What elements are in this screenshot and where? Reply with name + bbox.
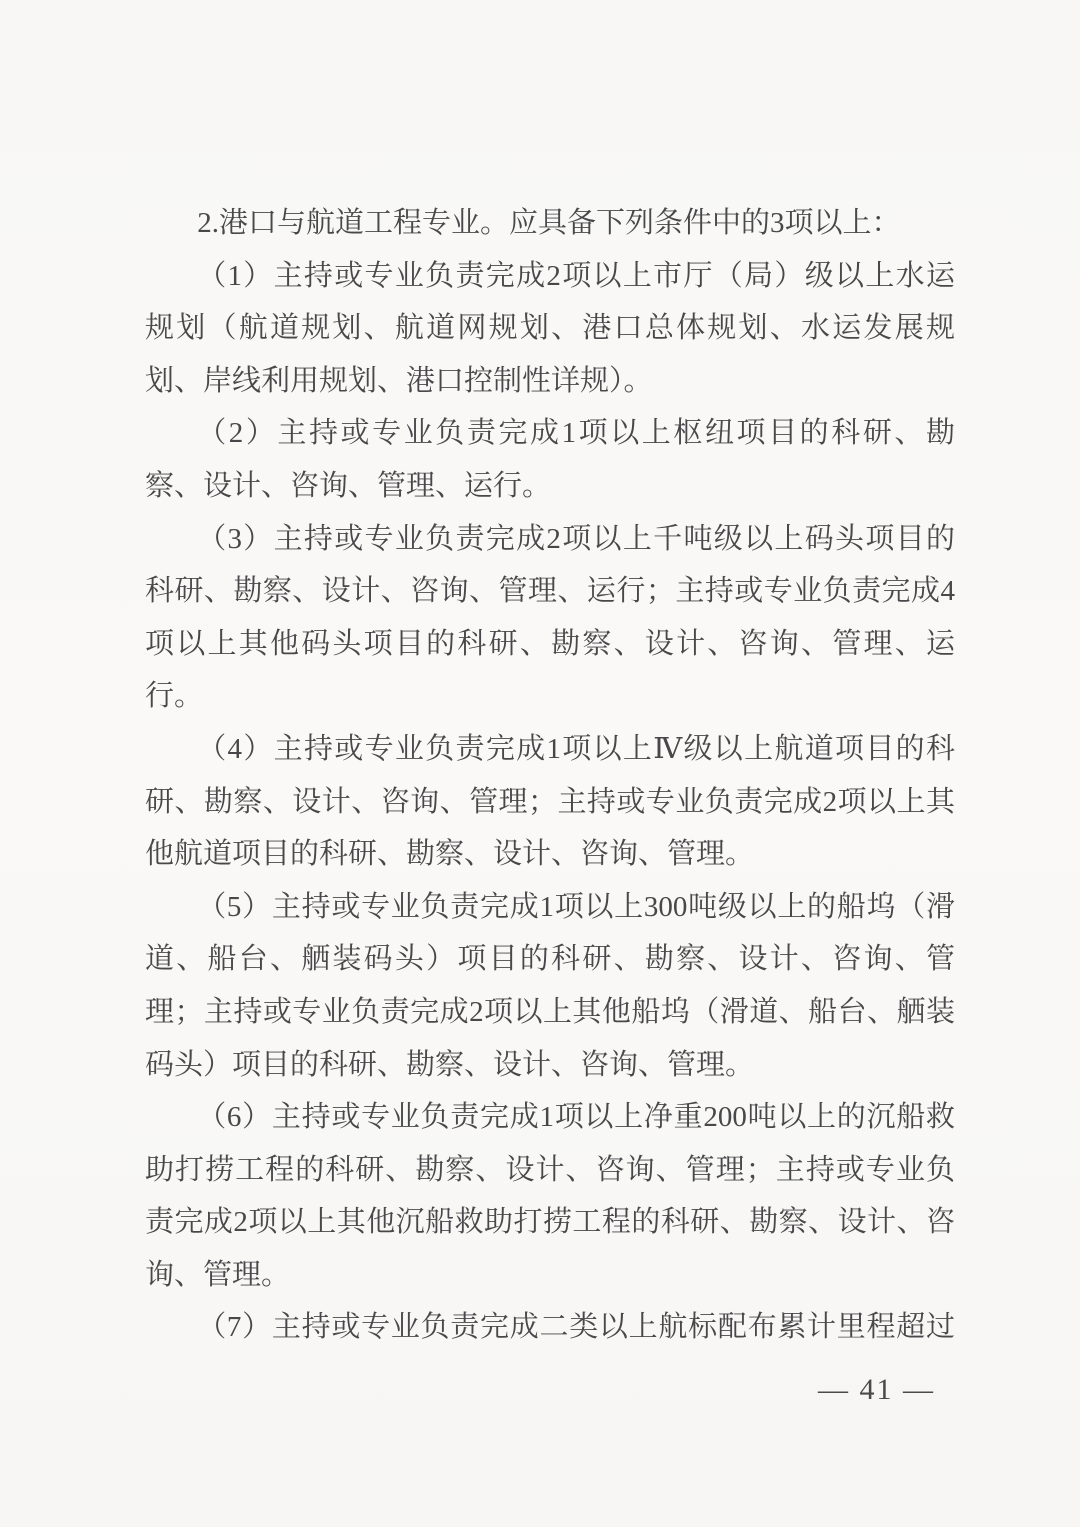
text-line: （2）主持或专业负责完成1项以上枢纽项目的科研、勘	[145, 407, 955, 460]
text-line: 理；主持或专业负责完成2项以上其他船坞（滑道、船台、舾装	[145, 986, 955, 1039]
document-text-block: 2.港口与航道工程专业。应具备下列条件中的3项以上： （1）主持或专业负责完成2…	[145, 197, 955, 1354]
text-line: （6）主持或专业负责完成1项以上净重200吨以上的沉船救	[145, 1091, 955, 1144]
text-line: 他航道项目的科研、勘察、设计、咨询、管理。	[145, 828, 955, 881]
text-line: 询、管理。	[145, 1249, 955, 1302]
text-line: 助打捞工程的科研、勘察、设计、咨询、管理；主持或专业负	[145, 1144, 955, 1197]
text-line: 研、勘察、设计、咨询、管理；主持或专业负责完成2项以上其	[145, 776, 955, 829]
document-page: 2.港口与航道工程专业。应具备下列条件中的3项以上： （1）主持或专业负责完成2…	[0, 0, 1080, 1527]
text-line: （3）主持或专业负责完成2项以上千吨级以上码头项目的	[145, 513, 955, 566]
text-line: 划、岸线利用规划、港口控制性详规）。	[145, 355, 955, 408]
text-line: 规划（航道规划、航道网规划、港口总体规划、水运发展规	[145, 302, 955, 355]
text-line: （5）主持或专业负责完成1项以上300吨级以上的船坞（滑	[145, 881, 955, 934]
text-line: 责完成2项以上其他沉船救助打捞工程的科研、勘察、设计、咨	[145, 1196, 955, 1249]
text-line: 道、船台、舾装码头）项目的科研、勘察、设计、咨询、管	[145, 933, 955, 986]
text-line: 科研、勘察、设计、咨询、管理、运行；主持或专业负责完成4	[145, 565, 955, 618]
text-line: 行。	[145, 670, 955, 723]
page-number: — 41 —	[145, 1370, 955, 1410]
text-line: （7）主持或专业负责完成二类以上航标配布累计里程超过	[145, 1301, 955, 1354]
text-line: 码头）项目的科研、勘察、设计、咨询、管理。	[145, 1039, 955, 1092]
text-line: （1）主持或专业负责完成2项以上市厅（局）级以上水运	[145, 250, 955, 303]
text-line: 项以上其他码头项目的科研、勘察、设计、咨询、管理、运	[145, 618, 955, 671]
text-line: （4）主持或专业负责完成1项以上Ⅳ级以上航道项目的科	[145, 723, 955, 776]
text-line: 察、设计、咨询、管理、运行。	[145, 460, 955, 513]
section-heading: 2.港口与航道工程专业。应具备下列条件中的3项以上：	[145, 197, 955, 250]
